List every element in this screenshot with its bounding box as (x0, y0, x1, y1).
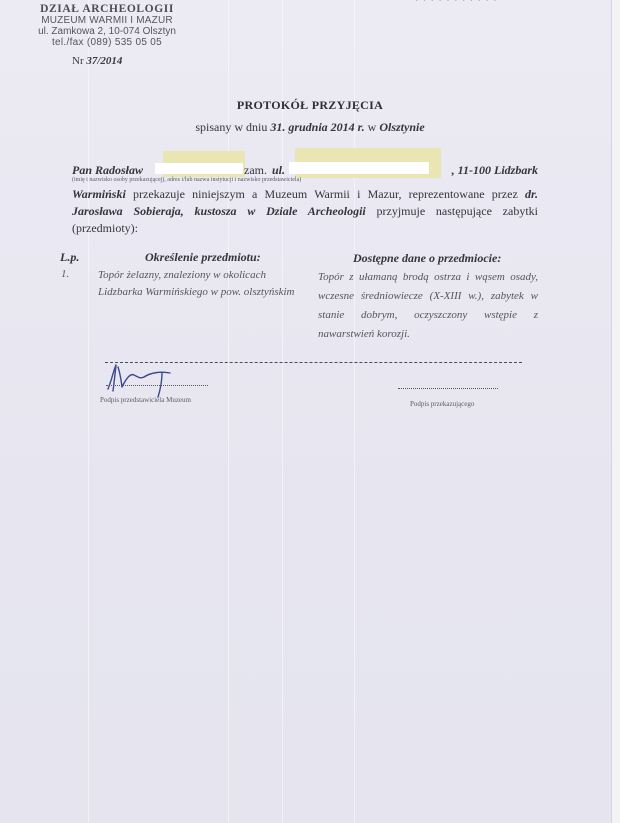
museum-signature-label: Podpis przedstawiciela Muzeum (100, 396, 191, 404)
paragraph-text-1: przekazuje niniejszym a Muzeum Warmii i … (126, 187, 525, 201)
item-lp: 1. (61, 268, 69, 280)
town-name: Warmiński (72, 187, 126, 201)
document-date: 31. grudnia 2014 r. (270, 120, 364, 134)
item-data: Topór z ułamaną brodą ostrza i wąsem osa… (318, 268, 538, 344)
stamp-address: ul. Zamkowa 2, 10-074 Olsztyn (36, 26, 178, 37)
column-header-description: Określenie przedmiotu: (145, 250, 261, 265)
document-place: Olsztynie (379, 120, 424, 134)
cut-off-text: · · · · · · · · · · · (415, 0, 498, 7)
transferor-signature-label: Podpis przekazującego (410, 400, 474, 408)
document-subtitle: spisany w dniu 31. grudnia 2014 r. w Ols… (0, 120, 620, 135)
transferor-signature-line (398, 388, 498, 389)
item-description: Topór żelazny, znaleziony w okolicach Li… (98, 267, 298, 301)
address-prefix: zam. (244, 163, 267, 178)
department-stamp: DZIAŁ ARCHEOLOGII MUZEUM WARMII I MAZUR … (36, 4, 178, 48)
stamp-department: DZIAŁ ARCHEOLOGII (36, 4, 178, 15)
stamp-phone: tel./fax (089) 535 05 05 (36, 37, 178, 48)
column-header-data: Dostępne dane o przedmiocie: (353, 251, 501, 266)
column-header-lp: L.p. (60, 250, 79, 265)
subtitle-mid: w (365, 120, 380, 134)
protocol-number: Nr 37/2014 (72, 55, 122, 67)
scanned-document-page: · · · · · · · · · · · DZIAŁ ARCHEOLOGII … (0, 0, 620, 823)
museum-signature-line (106, 385, 208, 386)
street-prefix: ul. (272, 163, 285, 178)
protocol-number-value: 37/2014 (86, 55, 122, 67)
postal-town: , 11-100 Lidzbark (452, 163, 538, 178)
stamp-museum: MUZEUM WARMII I MAZUR (36, 15, 178, 26)
document-title: PROTOKÓŁ PRZYJĘCIA (0, 98, 620, 113)
signature-scribble-icon (100, 361, 180, 401)
protocol-number-prefix: Nr (72, 55, 86, 67)
transferor-salutation: Pan Radosław (72, 163, 143, 177)
transferor-field-note: (imię i nazwisko osoby przekazującej), a… (72, 177, 301, 183)
subtitle-prefix: spisany w dniu (195, 120, 270, 134)
transfer-paragraph: Warmiński przekazuje niniejszym a Muzeum… (72, 186, 538, 237)
